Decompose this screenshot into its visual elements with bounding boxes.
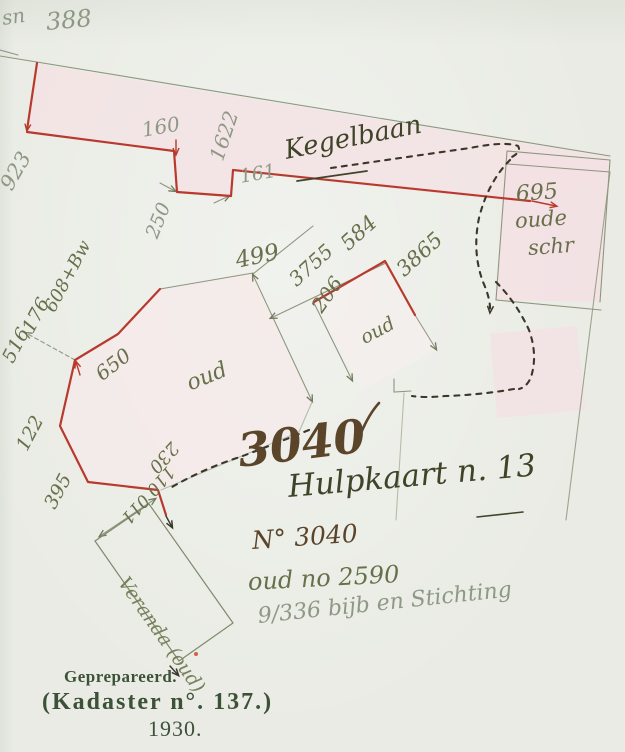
footer-kadaster: (Kadaster n°. 137.) xyxy=(42,690,273,714)
footer-geprepareerd: Geprepareerd. xyxy=(64,668,177,685)
cadastral-sketch-page: sn 388 923 160 1622 161 250 Kegelbaan 69… xyxy=(0,0,625,752)
sketch-canvas xyxy=(0,0,625,752)
parcel-fills xyxy=(27,64,610,490)
footer-year: 1930. xyxy=(148,718,203,740)
